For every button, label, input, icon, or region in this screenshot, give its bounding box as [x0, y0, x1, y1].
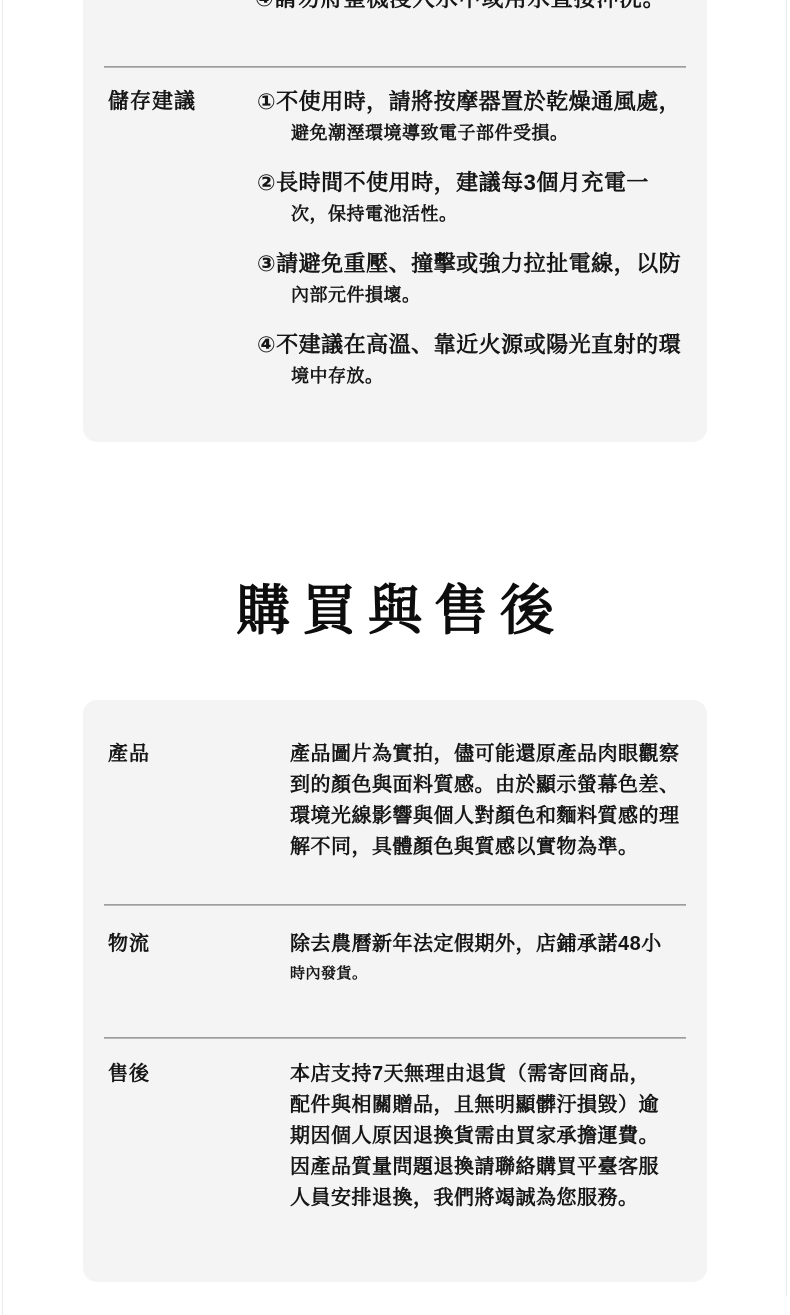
aftersales-text-line: 配件與相關贈品，且無明顯髒汙損毀）逾	[290, 1090, 691, 1121]
storage-item: ④不建議在高溫、靠近火源或陽光直射的環 境中存放。	[257, 331, 691, 388]
logistics-row-label: 物流	[108, 929, 290, 960]
storage-item-line: 避免潮溼環境導致電子部件受損。	[291, 122, 691, 145]
storage-item-line: ①不使用時，請將按摩器置於乾燥通風處，	[257, 88, 691, 115]
aftersales-row-label: 售後	[108, 1059, 290, 1090]
logistics-row: 物流 除去農曆新年法定假期外，店鋪承諾48小 時內發貨。	[83, 906, 707, 1037]
storage-item: ②長時間不使用時，建議每3個月充電一 次，保持電池活性。	[257, 169, 691, 226]
aftersales-text-line: 期因個人原因退換貨需由買家承擔運費。	[290, 1121, 691, 1152]
aftersales-text-line: 因產品質量問題退換請聯絡購買平臺客服	[290, 1152, 691, 1183]
purchase-aftersales-heading: 購買與售後	[0, 582, 790, 640]
product-row-label: 產品	[108, 739, 290, 770]
storage-item-line: ③請避免重壓、撞擊或強力拉扯電線，以防	[257, 250, 691, 277]
section-divider	[104, 66, 686, 68]
purchase-aftersales-card: 產品 產品圖片為實拍，儘可能還原產品肉眼觀察 到的顏色與面料質感。由於顯示螢幕色…	[83, 700, 707, 1282]
product-row: 產品 產品圖片為實拍，儘可能還原產品肉眼觀察 到的顏色與面料質感。由於顯示螢幕色…	[83, 700, 707, 904]
aftersales-text-line: 人員安排退換，我們將竭誠為您服務。	[290, 1183, 691, 1214]
storage-item-line: 境中存放。	[291, 365, 691, 388]
aftersales-row-content: 本店支持7天無理由退貨（需寄回商品， 配件與相關贈品，且無明顯髒汙損毀）逾 期因…	[290, 1059, 691, 1214]
storage-item: ①不使用時，請將按摩器置於乾燥通風處， 避免潮溼環境導致電子部件受損。	[257, 88, 691, 145]
product-text-line: 到的顏色與面料質感。由於顯示螢幕色差、	[290, 770, 691, 801]
product-detail-page: ④請勿將整機浸入水中或用水直接沖洗。 儲存建議 ①不使用時，請將按摩器置於乾燥通…	[0, 0, 790, 1315]
storage-advice-label: 儲存建議	[108, 88, 257, 115]
product-text-line: 產品圖片為實拍，儘可能還原產品肉眼觀察	[290, 739, 691, 770]
page-right-border	[786, 0, 787, 1296]
clipped-cleaning-instruction-text: ④請勿將整機浸入水中或用水直接沖洗。	[255, 0, 666, 12]
product-text-line: 環境光線影響與個人對顏色和麵料質感的理	[290, 801, 691, 832]
storage-item-line: 內部元件損壞。	[291, 284, 691, 307]
storage-item-line: ②長時間不使用時，建議每3個月充電一	[257, 169, 691, 196]
logistics-text-line: 時內發貨。	[290, 964, 691, 984]
storage-item-line: ④不建議在高溫、靠近火源或陽光直射的環	[257, 331, 691, 358]
product-row-content: 產品圖片為實拍，儘可能還原產品肉眼觀察 到的顏色與面料質感。由於顯示螢幕色差、 …	[290, 739, 691, 863]
logistics-text-line: 除去農曆新年法定假期外，店鋪承諾48小	[290, 929, 691, 960]
storage-advice-card: ④請勿將整機浸入水中或用水直接沖洗。 儲存建議 ①不使用時，請將按摩器置於乾燥通…	[83, 0, 707, 442]
product-text-line: 解不同，具體顏色與質感以實物為準。	[290, 832, 691, 863]
storage-item-line: 次，保持電池活性。	[291, 203, 691, 226]
storage-item: ③請避免重壓、撞擊或強力拉扯電線，以防 內部元件損壞。	[257, 250, 691, 307]
storage-advice-row: 儲存建議 ①不使用時，請將按摩器置於乾燥通風處， 避免潮溼環境導致電子部件受損。…	[108, 88, 691, 388]
logistics-row-content: 除去農曆新年法定假期外，店鋪承諾48小 時內發貨。	[290, 929, 691, 984]
aftersales-text-line: 本店支持7天無理由退貨（需寄回商品，	[290, 1059, 691, 1090]
storage-advice-content: ①不使用時，請將按摩器置於乾燥通風處， 避免潮溼環境導致電子部件受損。 ②長時間…	[257, 88, 691, 388]
aftersales-row: 售後 本店支持7天無理由退貨（需寄回商品， 配件與相關贈品，且無明顯髒汙損毀）逾…	[83, 1039, 707, 1214]
page-left-border	[2, 0, 3, 1315]
